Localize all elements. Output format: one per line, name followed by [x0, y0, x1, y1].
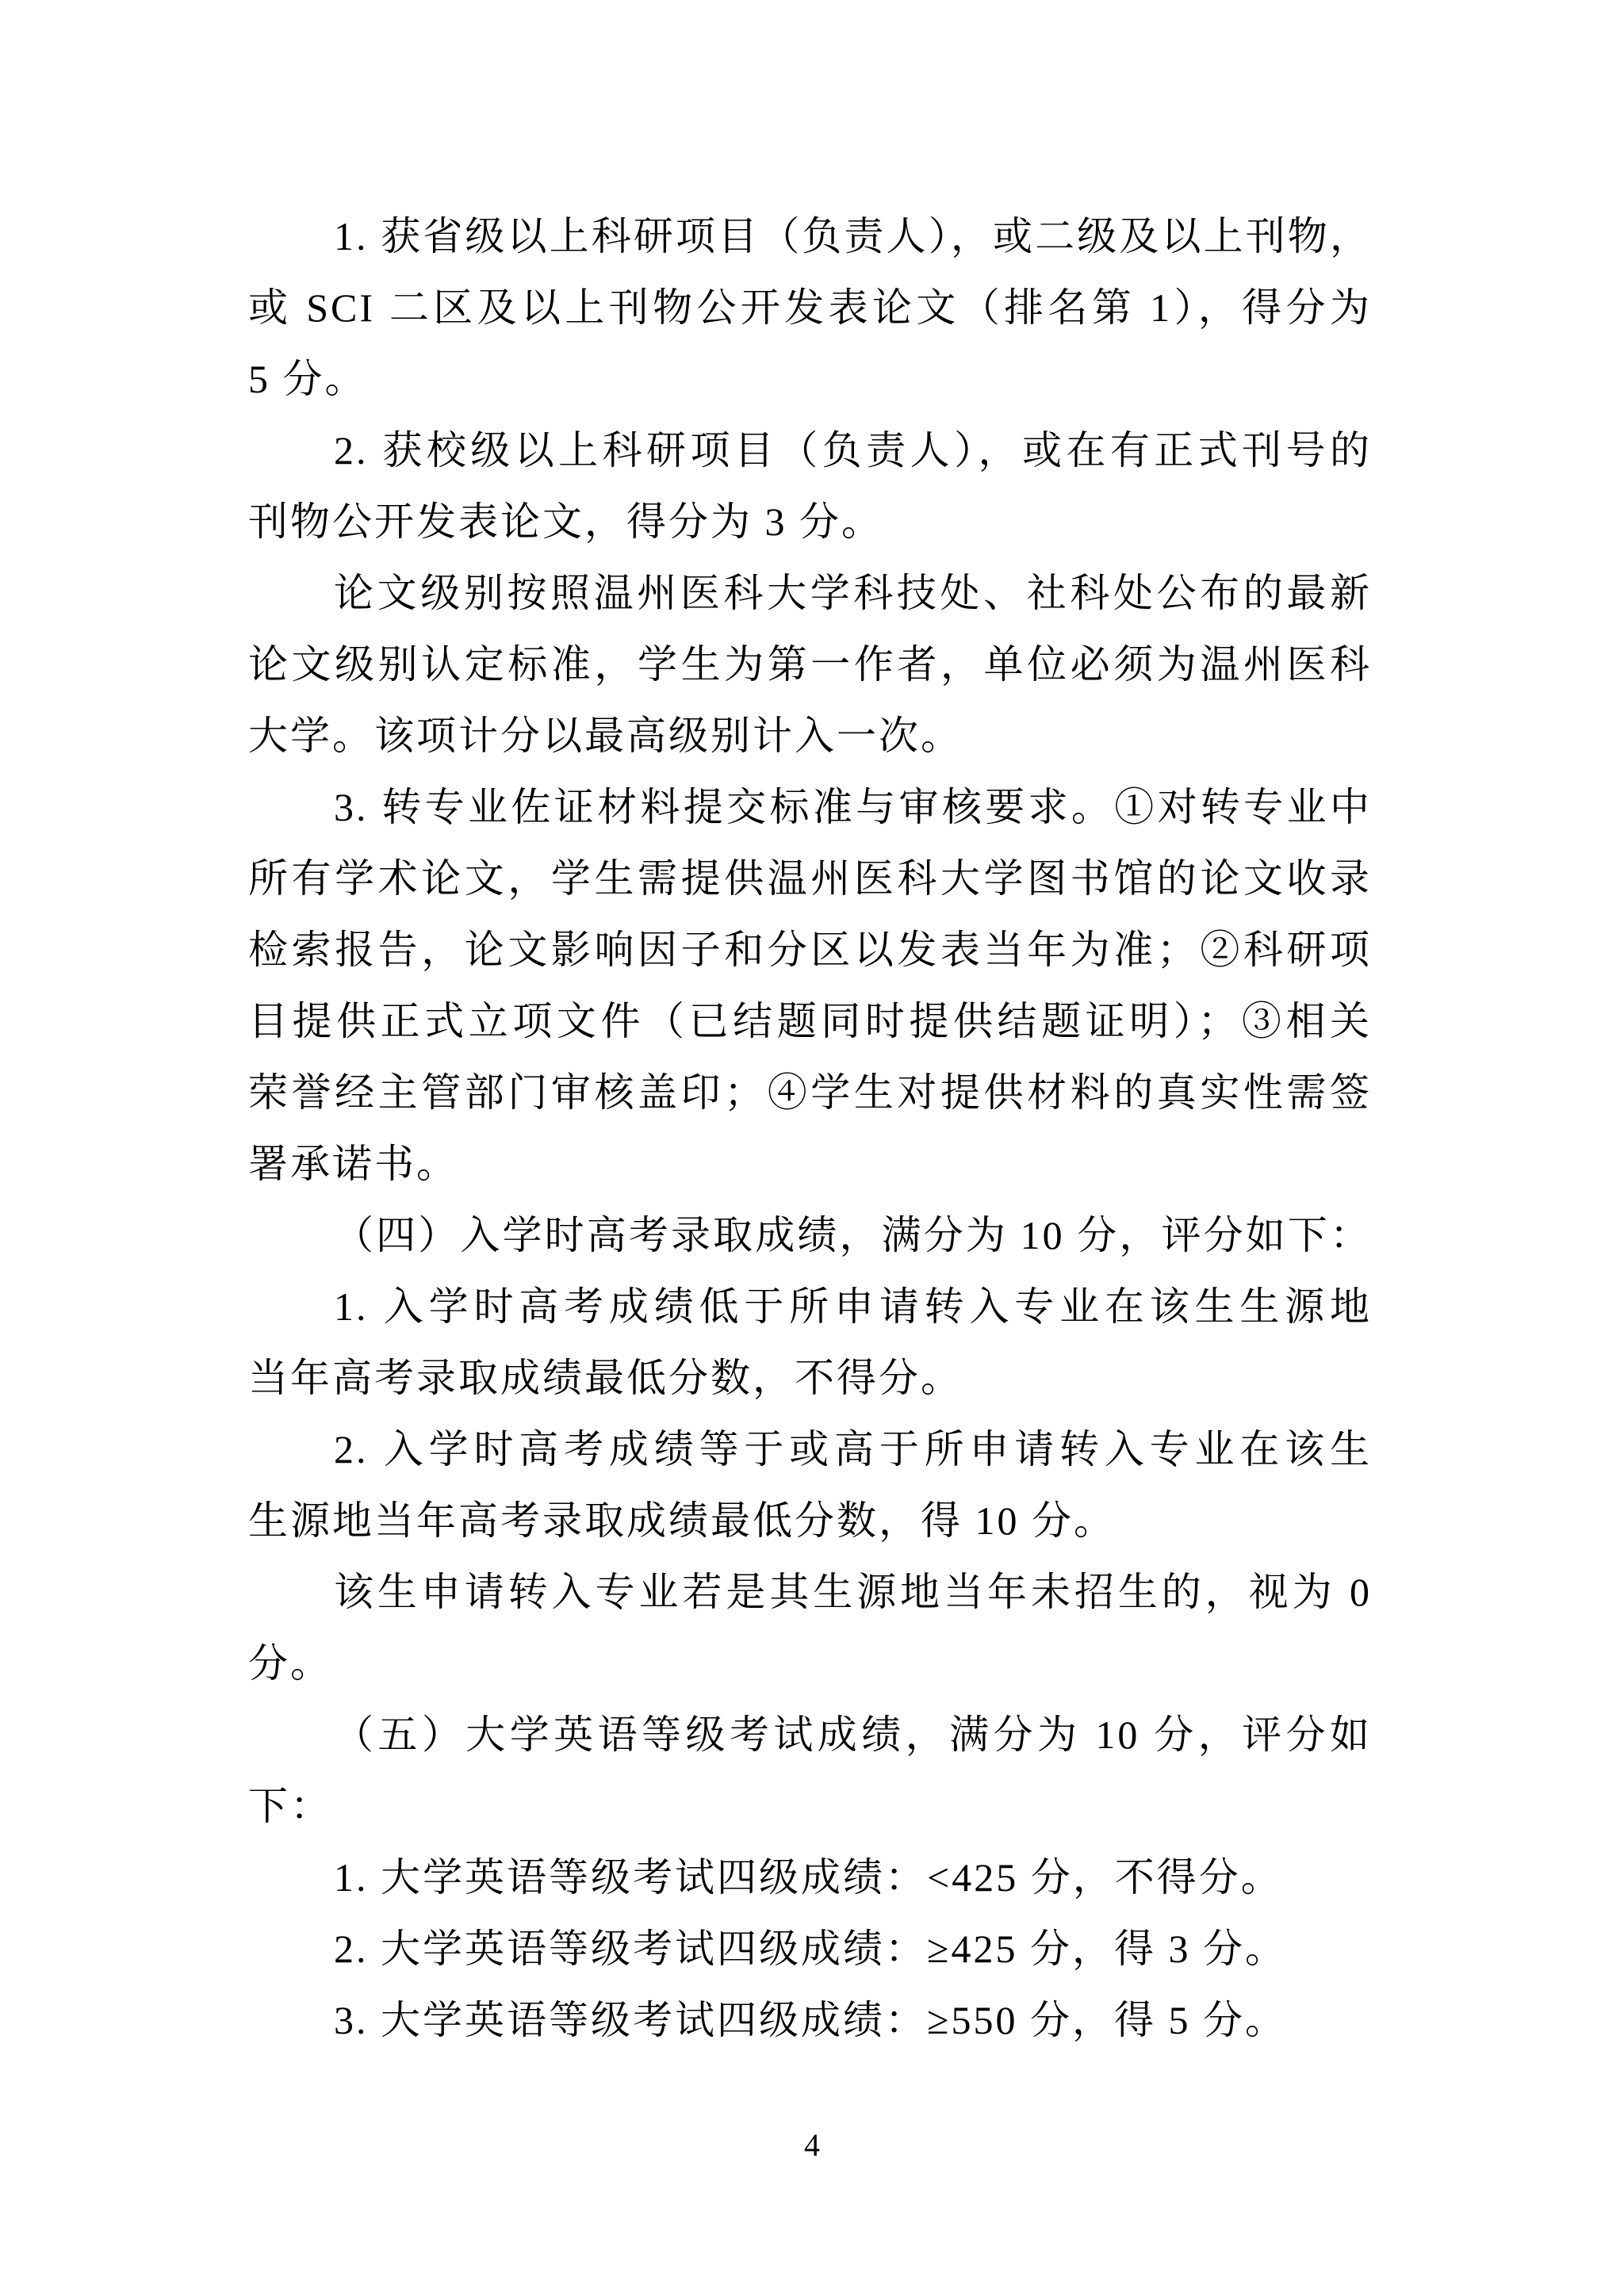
text-line: 分。: [248, 1628, 1372, 1699]
text-line: 大学。该项计分以最高级别计入一次。: [248, 700, 1372, 771]
text-line: 生源地当年高考录取成绩最低分数，得 10 分。: [248, 1485, 1372, 1556]
text-line: 2. 入学时高考成绩等于或高于所申请转入专业在该生: [248, 1414, 1372, 1485]
text-line: 1. 入学时高考成绩低于所申请转入专业在该生生源地: [248, 1271, 1372, 1342]
text-line: 论文级别按照温州医科大学科技处、社科处公布的最新: [248, 557, 1372, 629]
text-line: 所有学术论文，学生需提供温州医科大学图书馆的论文收录: [248, 843, 1372, 914]
text-line: （四）入学时高考录取成绩，满分为 10 分，评分如下：: [248, 1200, 1372, 1271]
text-line: 论文级别认定标准，学生为第一作者，单位必须为温州医科: [248, 629, 1372, 700]
document-body: 1. 获省级以上科研项目（负责人），或二级及以上刊物，或 SCI 二区及以上刊物…: [248, 201, 1372, 2056]
text-line: 3. 大学英语等级考试四级成绩：≥550 分，得 5 分。: [248, 1984, 1372, 2056]
text-line: 荣誉经主管部门审核盖印；④学生对提供材料的真实性需签: [248, 1057, 1372, 1128]
text-line: 或 SCI 二区及以上刊物公开发表论文（排名第 1），得分为: [248, 272, 1372, 343]
document-page: 1. 获省级以上科研项目（负责人），或二级及以上刊物，或 SCI 二区及以上刊物…: [0, 0, 1624, 2296]
text-line: 3. 转专业佐证材料提交标准与审核要求。①对转专业中: [248, 771, 1372, 843]
text-line: （五）大学英语等级考试成绩，满分为 10 分，评分如: [248, 1699, 1372, 1770]
text-line: 下：: [248, 1770, 1372, 1842]
text-line: 署承诺书。: [248, 1128, 1372, 1200]
text-line: 当年高考录取成绩最低分数，不得分。: [248, 1342, 1372, 1414]
text-line: 该生申请转入专业若是其生源地当年未招生的，视为 0: [248, 1556, 1372, 1628]
text-line: 刊物公开发表论文，得分为 3 分。: [248, 486, 1372, 557]
text-line: 2. 获校级以上科研项目（负责人），或在有正式刊号的: [248, 415, 1372, 486]
text-line: 5 分。: [248, 343, 1372, 415]
text-line: 2. 大学英语等级考试四级成绩：≥425 分，得 3 分。: [248, 1913, 1372, 1984]
text-line: 检索报告，论文影响因子和分区以发表当年为准；②科研项: [248, 914, 1372, 985]
text-line: 1. 获省级以上科研项目（负责人），或二级及以上刊物，: [248, 201, 1372, 272]
text-line: 目提供正式立项文件（已结题同时提供结题证明）；③相关: [248, 985, 1372, 1057]
page-number: 4: [0, 2122, 1624, 2169]
text-line: 1. 大学英语等级考试四级成绩：<425 分，不得分。: [248, 1842, 1372, 1913]
